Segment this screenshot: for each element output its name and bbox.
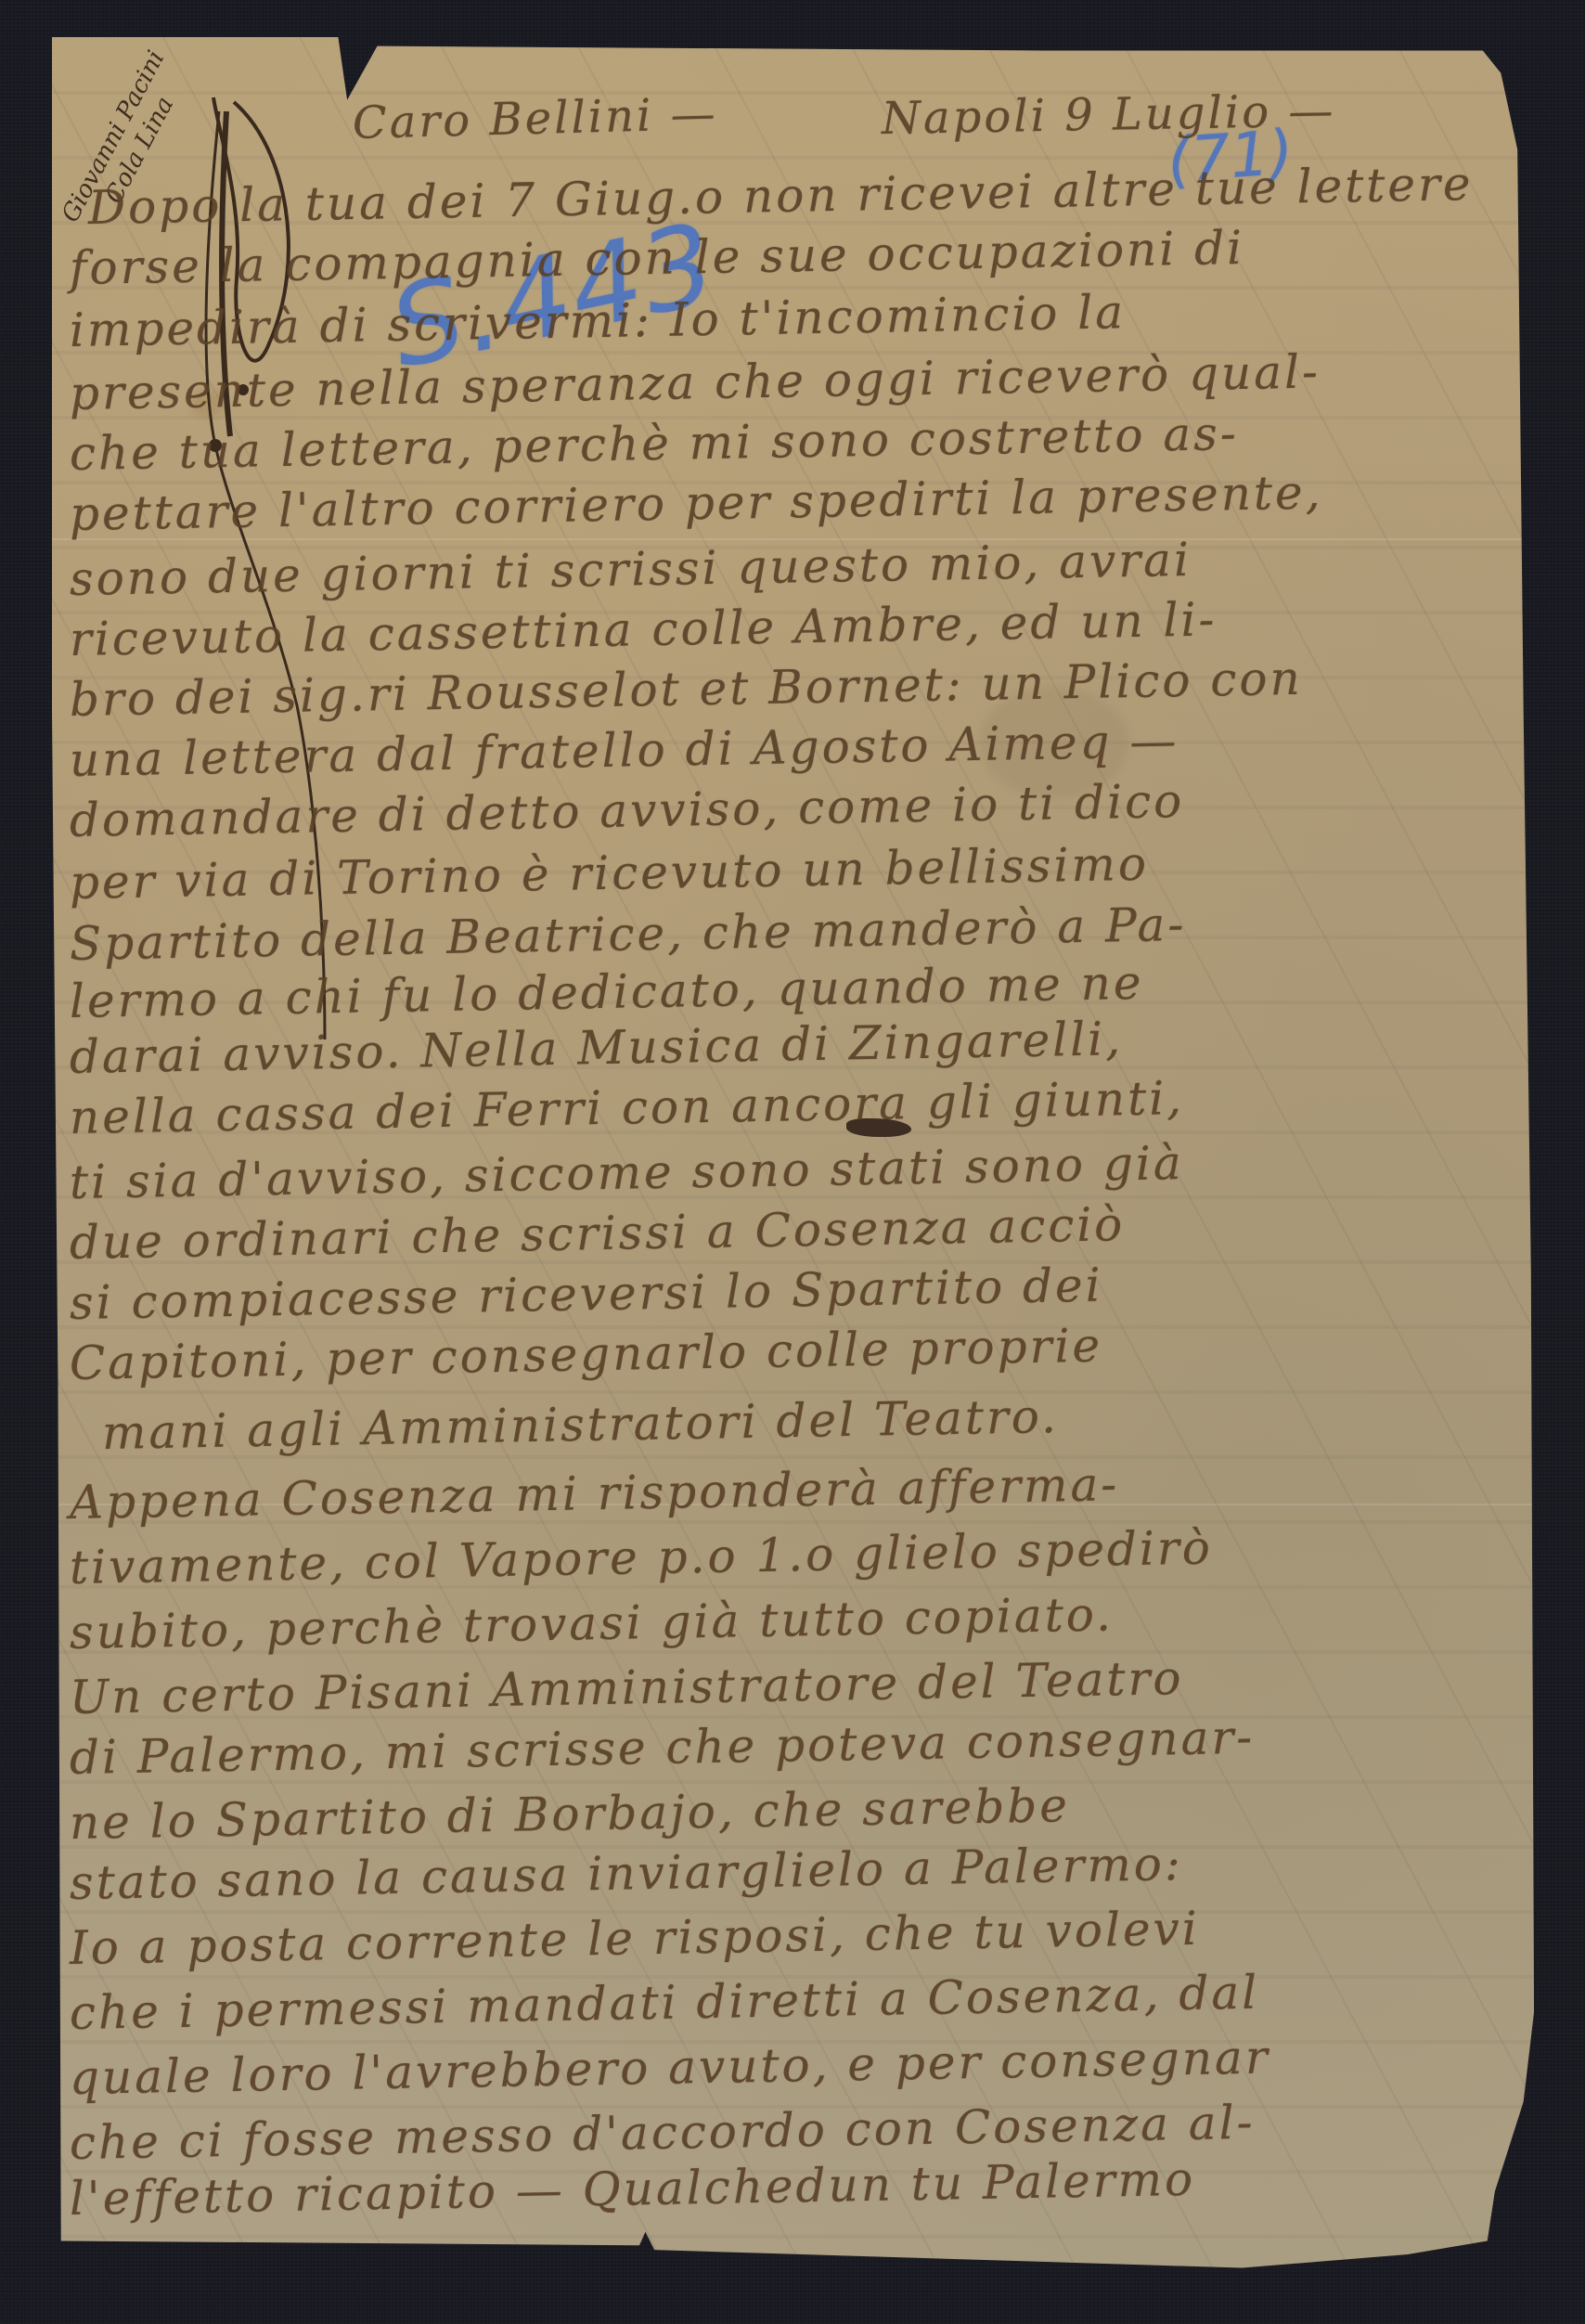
- salutation: Caro Bellini —: [352, 88, 718, 149]
- place-date: Napoli 9 Luglio —: [882, 84, 1336, 145]
